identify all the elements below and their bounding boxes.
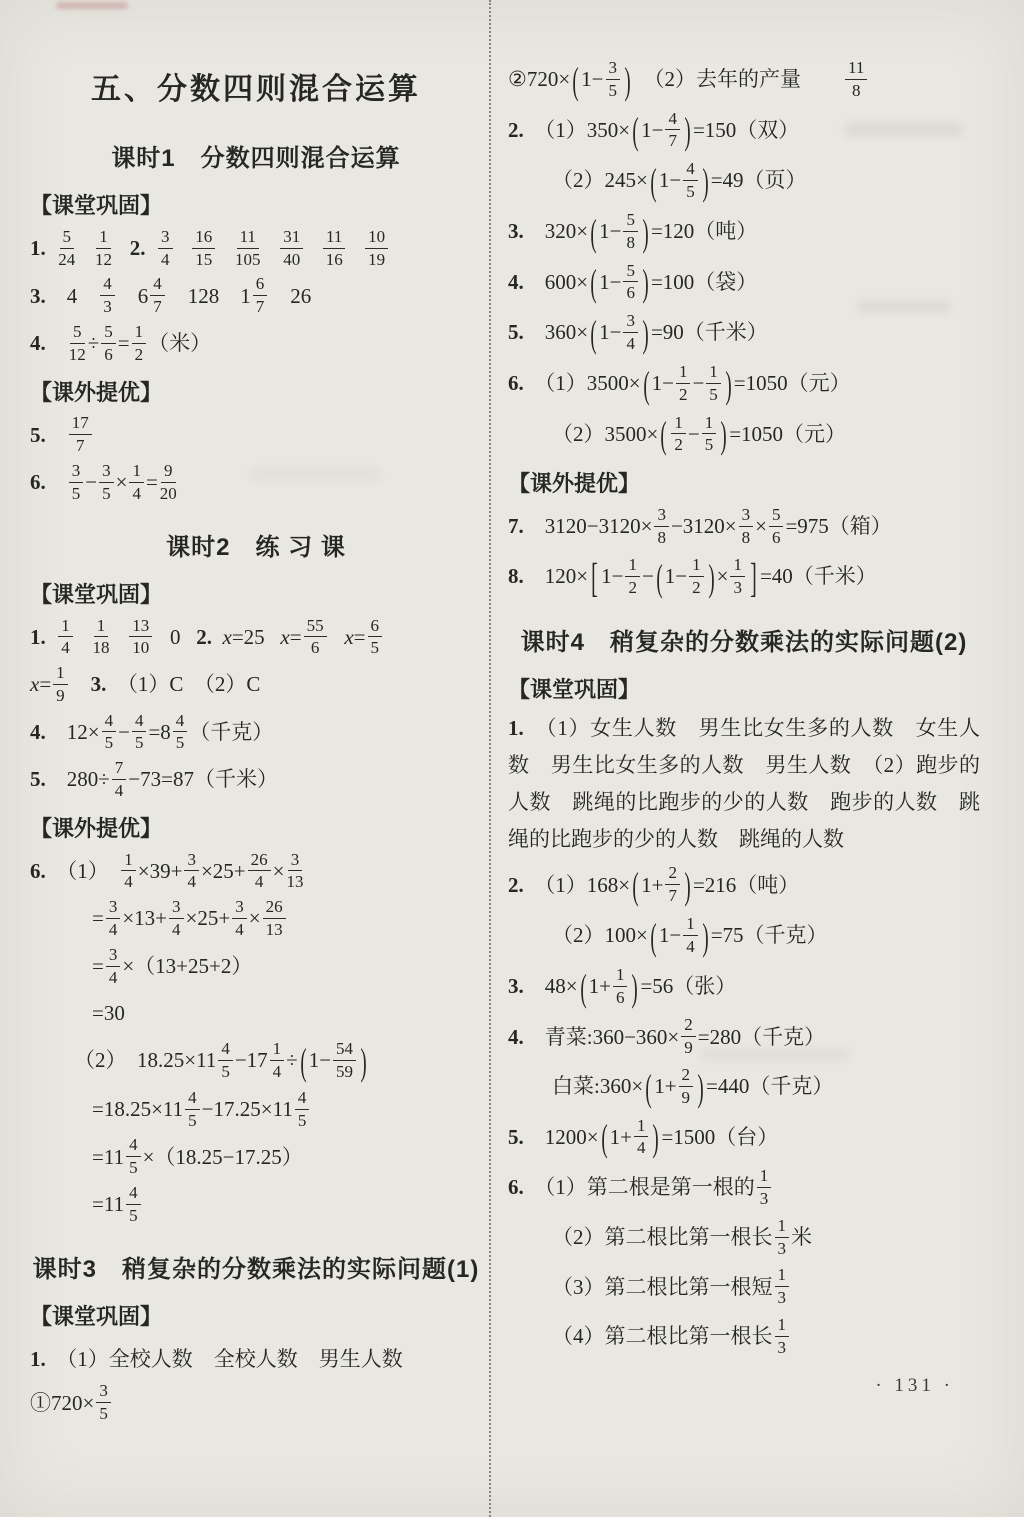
fraction: 35 <box>96 1382 111 1423</box>
fraction: 34 <box>106 946 121 987</box>
answer-line: 3. 4 43 647 128 167 26 <box>30 274 482 319</box>
section-label: 【课堂巩固】 <box>30 1300 482 1331</box>
answer-line: 4. 12×45−45=845（千克） <box>30 710 482 755</box>
page-number: · 131 · <box>508 1375 980 1397</box>
fraction: 56 <box>623 262 638 303</box>
answer-line: 7. 3120−3120×38−3120×38×56=975（箱） <box>508 504 980 549</box>
fraction: 58 <box>623 211 638 252</box>
fraction: 34 <box>169 898 184 939</box>
section-title: 课时1 分数四则混合运算 <box>30 138 482 173</box>
answer-line: 3. 48×(1+16)=56（张） <box>508 964 980 1010</box>
fraction: 512 <box>69 323 86 364</box>
right-column: ②720×(1−35) （2）去年的产量 1182. （1）350×(1−47)… <box>508 0 980 1397</box>
fraction: 15 <box>702 414 717 455</box>
section-label: 【课外提优】 <box>508 467 980 498</box>
fraction: 920 <box>160 462 177 503</box>
fraction: 45 <box>126 1184 141 1225</box>
section-title: 课时3 稍复杂的分数乘法的实际问题(1) <box>30 1249 482 1284</box>
section-label: 【课堂巩固】 <box>508 673 980 704</box>
answer-line: 5. 360×(1−34)=90（千米） <box>508 310 980 356</box>
fraction: 3140 <box>280 228 303 269</box>
answer-line: 4. 512÷56=12（米） <box>30 321 482 366</box>
answer-line: 1. 524 112 2. 34 1615 11105 3140 1116 10… <box>30 226 482 271</box>
fraction: 556 <box>304 617 327 658</box>
fraction: 14 <box>129 462 144 503</box>
fraction: 15 <box>706 363 721 404</box>
answer-line: 6. （1）3500×(1−12−15)=1050（元） <box>508 361 980 407</box>
answer-line: 6. （1）第二根是第一根的13 <box>508 1165 980 1210</box>
fraction: 12 <box>671 414 686 455</box>
fraction: 43 <box>100 275 115 316</box>
answer-line: =1145×（18.25−17.25） <box>30 1135 482 1180</box>
left-column: 五、分数四则混合运算课时1 分数四则混合运算【课堂巩固】1. 524 112 2… <box>30 0 482 1428</box>
fraction: 11105 <box>235 228 261 269</box>
answer-line: =34×13+34×25+34×2613 <box>30 896 482 941</box>
answer-line: （2）100×(1−14)=75（千克） <box>508 913 980 959</box>
fraction: 45 <box>185 1089 200 1130</box>
answer-line: （3）第二根比第一根短13 <box>508 1265 980 1310</box>
answer-line: 5. 1200×(1+14)=1500（台） <box>508 1115 980 1161</box>
section-title: 课时4 稍复杂的分数乘法的实际问题(2) <box>508 622 980 657</box>
fraction: 67 <box>253 275 268 316</box>
answer-paragraph: 1. （1）女生人数 男生比女生多的人数 女生人数 男生比女生多的人数 男生人数… <box>508 710 980 858</box>
fraction: 34 <box>158 228 173 269</box>
answer-line: 8. 120×[1−12−(1−12)×13]=40（千米） <box>508 554 980 600</box>
answer-line: （4）第二根比第一根长13 <box>508 1314 980 1359</box>
fraction: 29 <box>681 1016 696 1057</box>
fraction: 14 <box>58 617 73 658</box>
fraction: 12 <box>689 556 704 597</box>
fraction: 13 <box>730 556 745 597</box>
fraction: 27 <box>665 864 680 905</box>
answer-line: 3. 320×(1−58)=120（吨） <box>508 209 980 255</box>
answer-line: 2. （1）350×(1−47)=150（双） <box>508 108 980 154</box>
fraction: 45 <box>218 1040 233 1081</box>
fraction: 34 <box>232 898 247 939</box>
fraction: 45 <box>173 712 188 753</box>
answer-line: 白菜:360×(1+29)=440（千克） <box>508 1064 980 1110</box>
answer-line: （2）3500×(12−15)=1050（元） <box>508 412 980 458</box>
fraction: 29 <box>679 1066 694 1107</box>
fraction: 35 <box>69 462 84 503</box>
fraction: 14 <box>634 1117 649 1158</box>
fraction: 14 <box>121 851 136 892</box>
fraction: 19 <box>53 664 68 705</box>
fraction: 34 <box>184 851 199 892</box>
fraction: 12 <box>132 323 147 364</box>
fraction: 313 <box>286 851 303 892</box>
fraction: 264 <box>248 851 271 892</box>
fraction: 177 <box>69 414 92 455</box>
fraction: 13 <box>775 1316 790 1357</box>
fraction: 5459 <box>333 1040 356 1081</box>
answer-line: 6. 35−35×14=920 <box>30 460 482 505</box>
fraction: 56 <box>101 323 116 364</box>
column-divider <box>489 0 491 1517</box>
fraction: 45 <box>295 1089 310 1130</box>
fraction: 1116 <box>323 228 345 269</box>
answer-line: （2）245×(1−45)=49（页） <box>508 158 980 204</box>
answer-line: x=19 3. （1）C （2）C <box>30 662 482 707</box>
fraction: 1310 <box>129 617 152 658</box>
section-title: 课时2 练 习 课 <box>30 527 482 562</box>
fraction: 47 <box>665 110 680 151</box>
fraction: 112 <box>95 228 112 269</box>
answer-line: （2）第二根比第一根长13米 <box>508 1215 980 1260</box>
answer-line: =30 <box>30 991 482 1035</box>
section-label: 【课外提优】 <box>30 812 482 843</box>
fraction: 65 <box>368 617 383 658</box>
answer-line: =18.25×1145−17.25×1145 <box>30 1087 482 1132</box>
workbook-page: 五、分数四则混合运算课时1 分数四则混合运算【课堂巩固】1. 524 112 2… <box>0 0 1024 1517</box>
answer-line: 6. （1） 14×39+34×25+264×313 <box>30 849 482 894</box>
section-label: 【课堂巩固】 <box>30 578 482 609</box>
fraction: 118 <box>93 617 110 658</box>
fraction: 14 <box>270 1040 285 1081</box>
fraction: 13 <box>775 1266 790 1307</box>
fraction: 1019 <box>365 228 388 269</box>
fraction: 12 <box>625 556 640 597</box>
fraction: 13 <box>775 1217 790 1258</box>
answer-line: 1. 14 118 1310 0 2. x=25 x=556 x=65 <box>30 615 482 660</box>
fraction: 2613 <box>263 898 286 939</box>
fraction: 12 <box>676 363 691 404</box>
fraction: 45 <box>102 712 117 753</box>
answer-line: 5. 177 <box>30 413 482 458</box>
fraction: 45 <box>683 160 698 201</box>
answer-line: 4. 600×(1−56)=100（袋） <box>508 260 980 306</box>
answer-line: （2） 18.25×1145−1714÷(1−5459) <box>30 1038 482 1084</box>
fraction: 47 <box>150 275 165 316</box>
section-label: 【课外提优】 <box>30 376 482 407</box>
fraction: 13 <box>757 1167 772 1208</box>
answer-line: =1145 <box>30 1182 482 1227</box>
fraction: 14 <box>683 915 698 956</box>
fraction: 56 <box>769 506 784 547</box>
fraction: 118 <box>845 59 867 100</box>
fraction: 16 <box>613 966 628 1007</box>
fraction: 35 <box>99 462 114 503</box>
section-label: 【课堂巩固】 <box>30 189 482 220</box>
fraction: 74 <box>112 759 127 800</box>
fraction: 524 <box>58 228 75 269</box>
answer-line: 5. 280÷74−73=87（千米） <box>30 757 482 802</box>
fraction: 35 <box>606 59 621 100</box>
answer-line: =34×（13+25+2） <box>30 944 482 989</box>
fraction: 45 <box>132 712 147 753</box>
answer-line: ②720×(1−35) （2）去年的产量 118 <box>508 57 980 103</box>
fraction: 34 <box>623 312 638 353</box>
fraction: 1615 <box>192 228 215 269</box>
answer-line: 2. （1）168×(1+27)=216（吨） <box>508 863 980 909</box>
fraction: 34 <box>106 898 121 939</box>
answer-line: 4. 青菜:360−360×29=280（千克） <box>508 1015 980 1060</box>
answer-line: 1. （1）全校人数 全校人数 男生人数 ①720×35 <box>30 1337 482 1426</box>
fraction: 45 <box>126 1136 141 1177</box>
chapter-title: 五、分数四则混合运算 <box>30 64 482 108</box>
